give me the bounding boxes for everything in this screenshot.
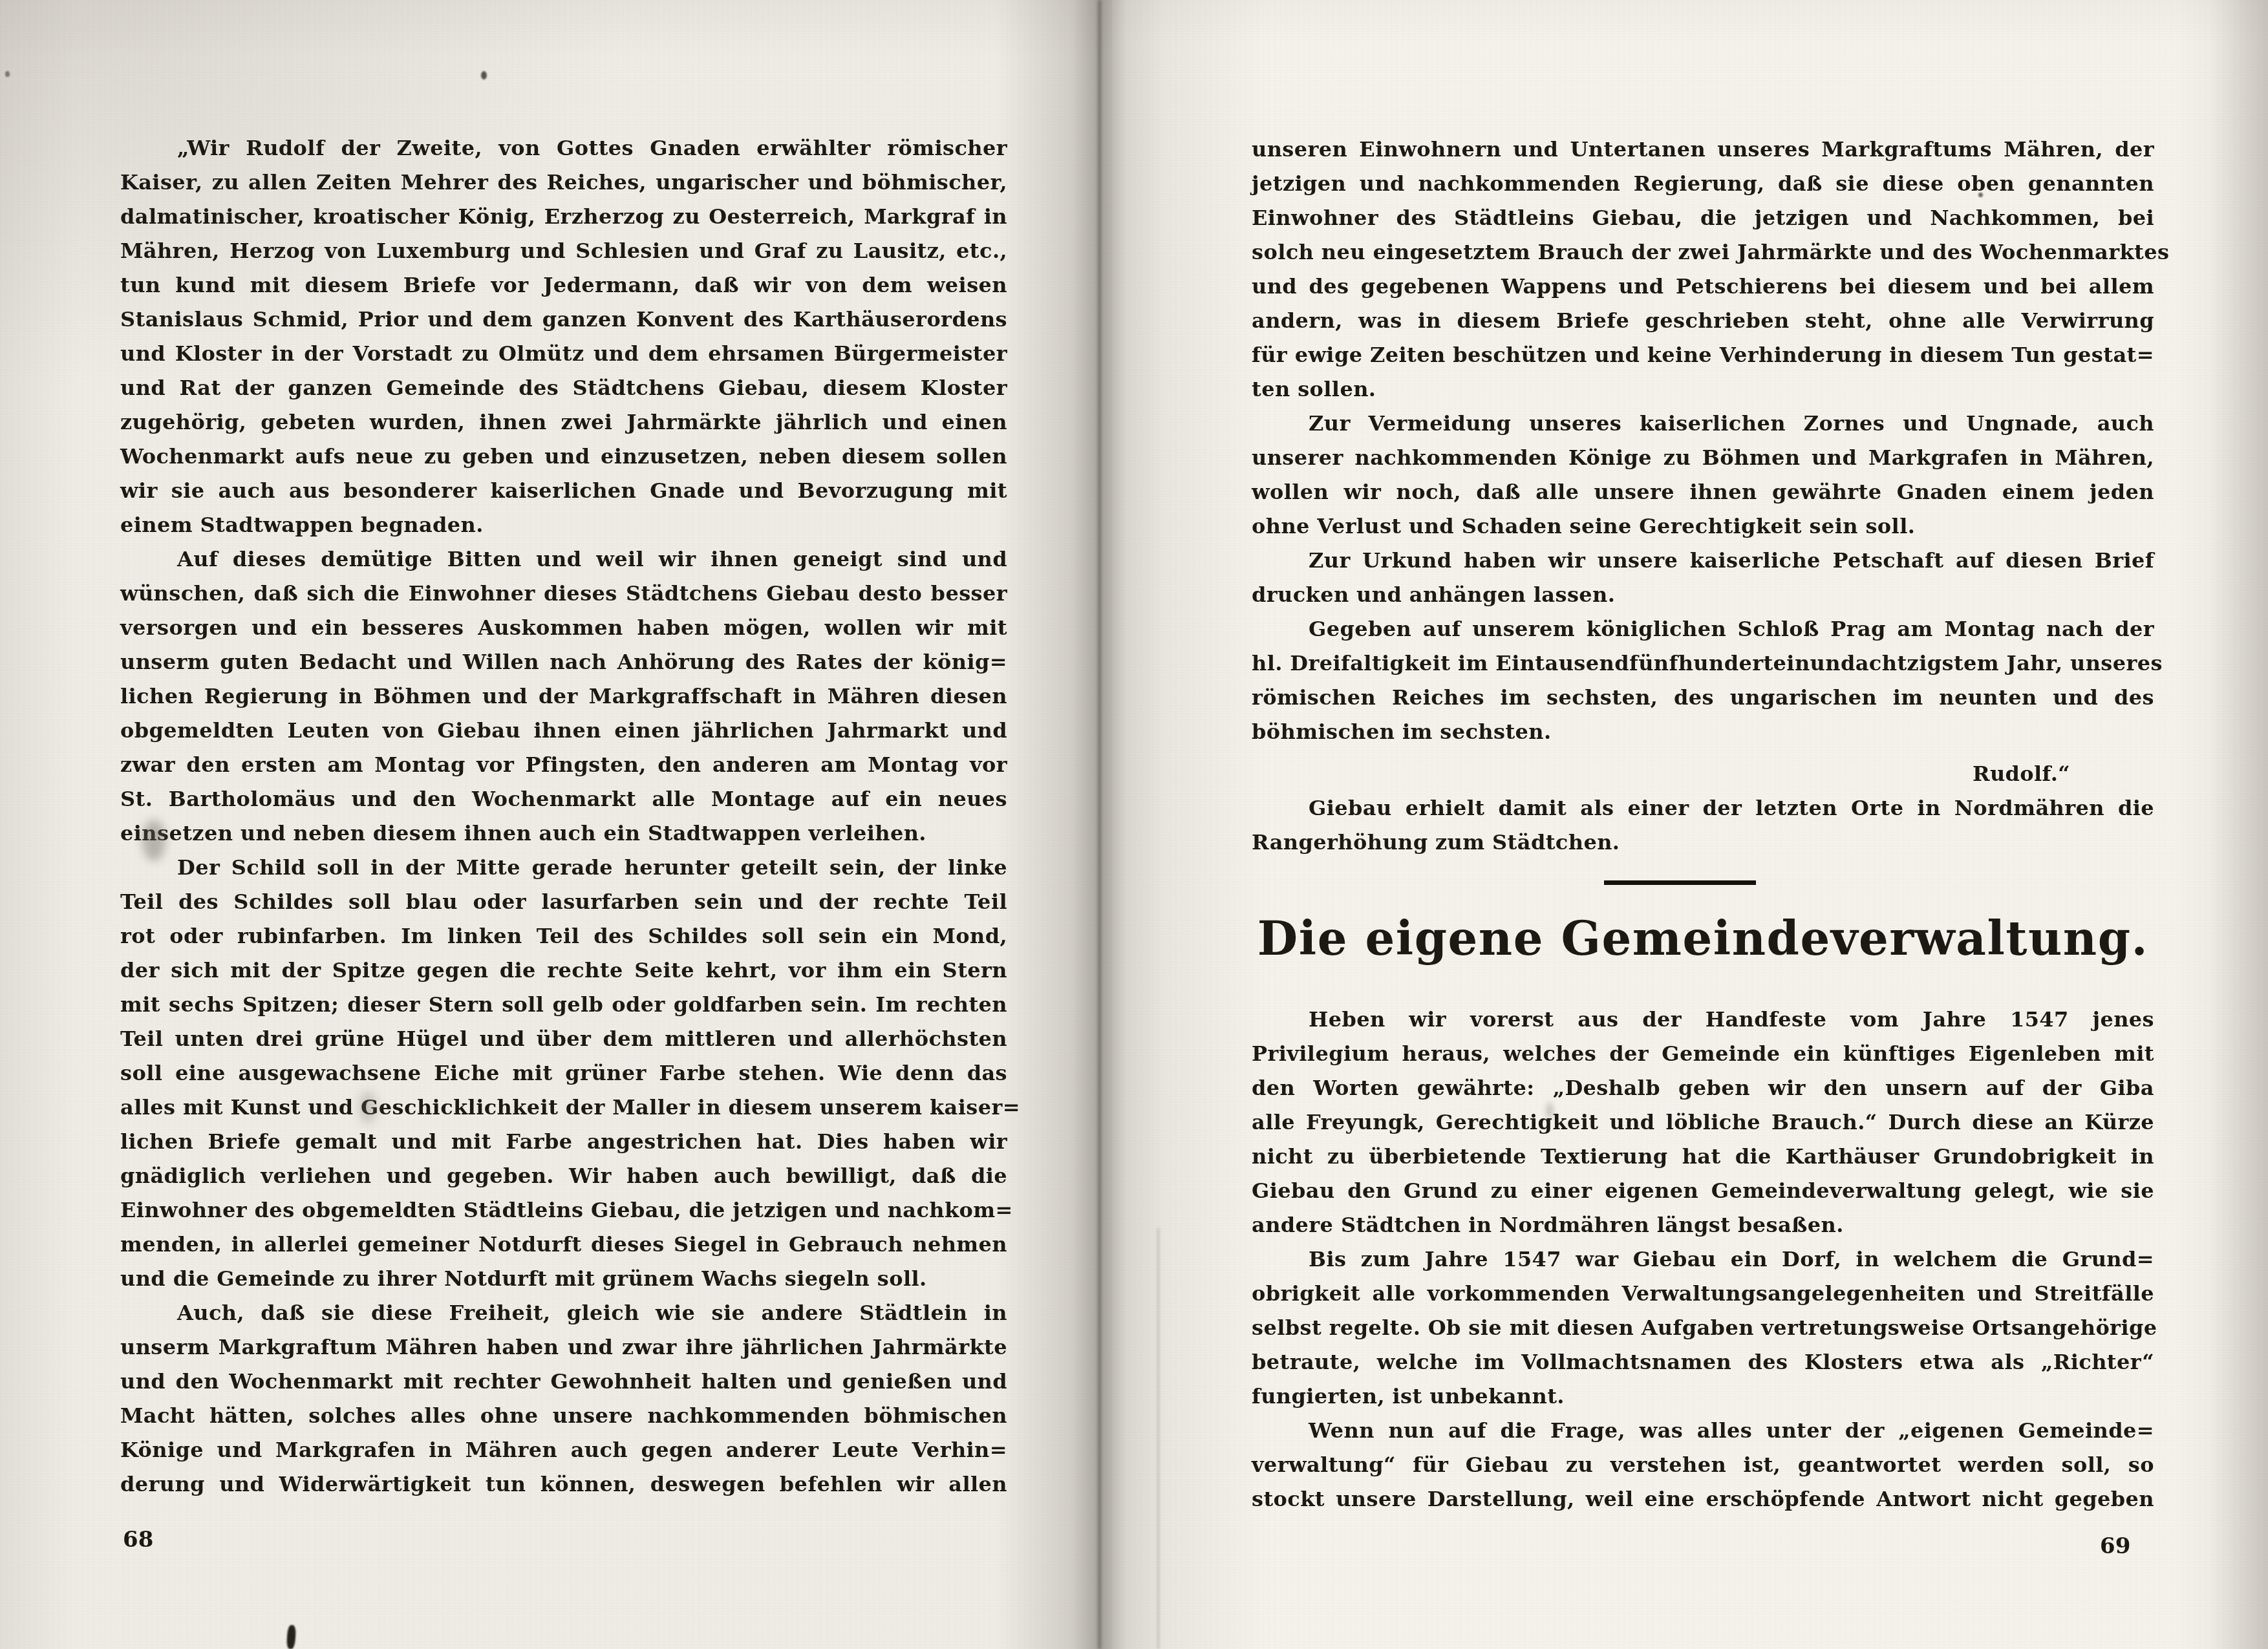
- text-line: Zur Vermeidung unseres kaiserlichen Zorn…: [1252, 407, 2154, 441]
- text-line: wir sie auch aus besonderer kaiserlichen…: [120, 474, 1007, 508]
- spine-crease-line-lower: [1157, 1228, 1159, 1649]
- spine-crease-line: [1098, 0, 1101, 1649]
- text-line: wünschen, daß sich die Einwohner dieses …: [120, 577, 1007, 611]
- text-line: St. Bartholomäus und den Wochenmarkt all…: [120, 782, 1007, 816]
- text-line: menden, in allerlei gemeiner Notdurft di…: [120, 1228, 1007, 1262]
- text-line: obgemeldten Leuten von Giebau ihnen eine…: [120, 714, 1007, 748]
- text-line: lichen Briefe gemalt und mit Farbe anges…: [120, 1125, 1007, 1159]
- text-line: versorgen und ein besseres Auskommen hab…: [120, 611, 1007, 645]
- paper-smudge: [359, 1091, 376, 1123]
- text-line: Einwohner des obgemeldten Städtleins Gie…: [120, 1193, 1007, 1228]
- text-line: der sich mit der Spitze gegen die rechte…: [120, 953, 1007, 988]
- text-line: Privilegium heraus, welches der Gemeinde…: [1252, 1037, 2154, 1071]
- text-line: Heben wir vorerst aus der Handfeste vom …: [1252, 1003, 2154, 1037]
- text-line: Einwohner des Städtleins Giebau, die jet…: [1252, 201, 2154, 235]
- signature-rudolf: Rudolf.“: [1252, 757, 2154, 791]
- text-line: solch neu eingesetztem Brauch der zwei J…: [1252, 235, 2154, 270]
- text-line: Wenn nun auf die Frage, was alles unter …: [1252, 1414, 2154, 1448]
- text-line: rot oder rubinfarben. Im linken Teil des…: [120, 919, 1007, 953]
- text-line: Rangerhöhung zum Städtchen.: [1252, 825, 2154, 860]
- closing-remark: Giebau erhielt damit als einer der letzt…: [1252, 791, 2154, 860]
- text-line: und des gegebenen Wappens und Petschiere…: [1252, 270, 2154, 304]
- text-line: stockt unsere Darstellung, weil eine ers…: [1252, 1482, 2154, 1516]
- paper-speck: [1978, 193, 1983, 197]
- text-line: soll eine ausgewachsene Eiche mit grüner…: [120, 1056, 1007, 1090]
- text-line: unseren Einwohnern und Untertanen unsere…: [1252, 133, 2154, 167]
- book-spread-scan: „Wir Rudolf der Zweite, von Gottes Gnade…: [0, 0, 2268, 1649]
- section-divider-rule: [1604, 880, 1756, 885]
- text-line: für ewige Zeiten beschützen und keine Ve…: [1252, 338, 2154, 372]
- text-line: einem Stadtwappen begnaden.: [120, 508, 1007, 542]
- text-line: und den Wochenmarkt mit rechter Gewohnhe…: [120, 1365, 1007, 1399]
- text-line: unserm guten Bedacht und Willen nach Anh…: [120, 645, 1007, 679]
- text-line: andern, was in diesem Briefe geschrieben…: [1252, 304, 2154, 338]
- text-line: Kaiser, zu allen Zeiten Mehrer des Reich…: [120, 165, 1007, 200]
- text-line: gnädiglich verliehen und gegeben. Wir ha…: [120, 1159, 1007, 1193]
- text-line: andere Städtchen in Nordmähren längst be…: [1252, 1208, 2154, 1242]
- text-line: Mähren, Herzog von Luxemburg und Schlesi…: [120, 234, 1007, 268]
- left-page-text-block: „Wir Rudolf der Zweite, von Gottes Gnade…: [120, 131, 1007, 1502]
- text-line: Könige und Markgrafen in Mähren auch geg…: [120, 1433, 1007, 1467]
- text-line: Stanislaus Schmid, Prior und dem ganzen …: [120, 303, 1007, 337]
- paper-smudge: [1546, 1102, 1553, 1119]
- text-line: ten sollen.: [1252, 372, 2154, 407]
- charter-text-continued: unseren Einwohnern und Untertanen unsere…: [1252, 133, 2154, 749]
- text-line: den Worten gewährte: „Deshalb geben wir …: [1252, 1071, 2154, 1105]
- text-line: wollen wir noch, daß alle unsere ihnen g…: [1252, 475, 2154, 509]
- text-line: Macht hätten, solches alles ohne unsere …: [120, 1399, 1007, 1433]
- text-line: lichen Regierung in Böhmen und der Markg…: [120, 679, 1007, 714]
- text-line: zugehörig, gebeten wurden, ihnen zwei Ja…: [120, 405, 1007, 440]
- text-line: betraute, welche im Vollmachtsnamen des …: [1252, 1345, 2154, 1379]
- text-line: unserer nachkommenden Könige zu Böhmen u…: [1252, 441, 2154, 475]
- text-line: Giebau erhielt damit als einer der letzt…: [1252, 791, 2154, 825]
- text-line: dalmatinischer, kroatischer König, Erzhe…: [120, 200, 1007, 234]
- paper-smudge: [142, 820, 166, 861]
- text-line: römischen Reiches im sechsten, des ungar…: [1252, 681, 2154, 715]
- text-line: selbst regelte. Ob sie mit diesen Aufgab…: [1252, 1311, 2154, 1345]
- text-line: Auch, daß sie diese Freiheit, gleich wie…: [120, 1296, 1007, 1330]
- text-line: und Kloster in der Vorstadt zu Olmütz un…: [120, 337, 1007, 371]
- text-line: hl. Dreifaltigkeit im Eintausendfünfhund…: [1252, 646, 2154, 681]
- text-line: und die Gemeinde zu ihrer Notdurft mit g…: [120, 1262, 1007, 1296]
- text-line: Bis zum Jahre 1547 war Giebau ein Dorf, …: [1252, 1242, 2154, 1277]
- chapter-heading: Die eigene Gemeindeverwaltung.: [1252, 911, 2154, 966]
- paper-speck: [481, 71, 487, 80]
- text-line: Giebau den Grund zu einer eigenen Gemein…: [1252, 1174, 2154, 1208]
- text-line: verwaltung“ für Giebau zu verstehen ist,…: [1252, 1448, 2154, 1482]
- text-line: „Wir Rudolf der Zweite, von Gottes Gnade…: [120, 131, 1007, 165]
- text-line: jetzigen und nachkommenden Regierung, da…: [1252, 167, 2154, 201]
- text-line: Zur Urkund haben wir unsere kaiserliche …: [1252, 544, 2154, 578]
- text-line: nicht zu überbietende Textierung hat die…: [1252, 1140, 2154, 1174]
- text-line: tun kund mit diesem Briefe vor Jedermann…: [120, 268, 1007, 303]
- text-line: alle Freyungk, Gerechtigkeit und löblich…: [1252, 1105, 2154, 1140]
- text-line: Gegeben auf unserem königlichen Schloß P…: [1252, 612, 2154, 646]
- text-line: ohne Verlust und Schaden seine Gerechtig…: [1252, 509, 2154, 544]
- text-line: mit sechs Spitzen; dieser Stern soll gel…: [120, 988, 1007, 1022]
- right-page-number: 69: [2100, 1533, 2130, 1559]
- page-edge-shadow: [2210, 0, 2268, 1649]
- text-line: Teil unten drei grüne Hügel und über dem…: [120, 1022, 1007, 1056]
- text-line: derung und Widerwärtigkeit tun können, d…: [120, 1467, 1007, 1502]
- text-line: drucken und anhängen lassen.: [1252, 578, 2154, 612]
- chapter-body-text: Heben wir vorerst aus der Handfeste vom …: [1252, 1003, 2154, 1516]
- text-line: Auf dieses demütige Bitten und weil wir …: [120, 542, 1007, 577]
- text-line: alles mit Kunst und Geschicklichkeit der…: [120, 1090, 1007, 1125]
- text-line: Der Schild soll in der Mitte gerade heru…: [120, 851, 1007, 885]
- right-page-text-block: unseren Einwohnern und Untertanen unsere…: [1252, 133, 2154, 1516]
- text-line: Teil des Schildes soll blau oder lasurfa…: [120, 885, 1007, 919]
- left-page-number: 68: [123, 1527, 153, 1553]
- text-line: unserm Markgraftum Mähren haben und zwar…: [120, 1330, 1007, 1365]
- paper-speck: [5, 71, 10, 77]
- text-line: obrigkeit alle vorkommenden Verwaltungsa…: [1252, 1277, 2154, 1311]
- text-line: Wochenmarkt aufs neue zu geben und einzu…: [120, 440, 1007, 474]
- text-line: böhmischen im sechsten.: [1252, 715, 2154, 749]
- text-line: zwar den ersten am Montag vor Pfingsten,…: [120, 748, 1007, 782]
- spine-gutter-shadow: [996, 0, 1267, 1649]
- text-line: fungierten, ist unbekannt.: [1252, 1379, 2154, 1414]
- text-line: einsetzen und neben diesem ihnen auch ei…: [120, 816, 1007, 851]
- text-line: und Rat der ganzen Gemeinde des Städtche…: [120, 371, 1007, 405]
